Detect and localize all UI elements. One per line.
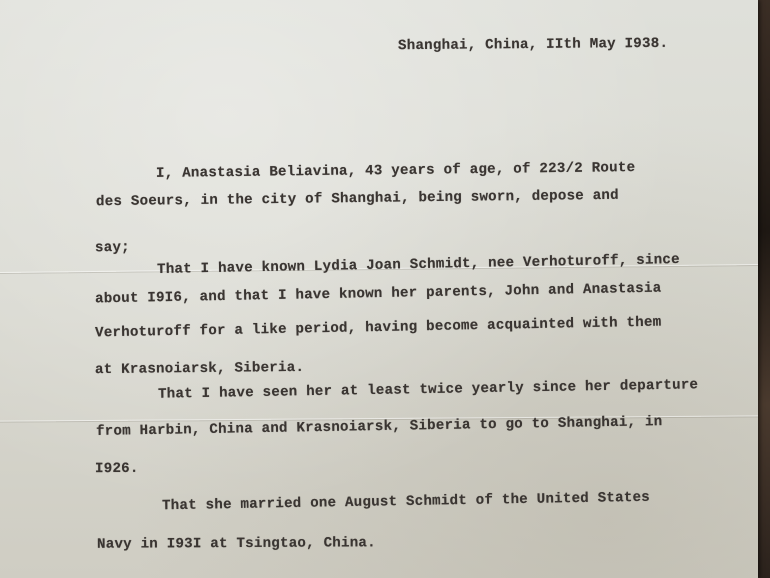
paragraph-2-line-2: about I9I6, and that I have known her pa… <box>95 281 662 308</box>
dateline: Shanghai, China, IIth May I938. <box>398 36 668 54</box>
paragraph-3-line-3: I926. <box>95 461 139 477</box>
paragraph-4-line-1: That she married one August Schmidt of t… <box>162 490 650 515</box>
paragraph-4-line-2: Navy in I93I at Tsingtao, China. <box>97 535 376 552</box>
typewritten-page: Shanghai, China, IIth May I938. I, Anast… <box>0 0 758 578</box>
document-photo: Shanghai, China, IIth May I938. I, Anast… <box>0 0 770 578</box>
paragraph-2-line-3: Verhoturoff for a like period, having be… <box>95 315 662 342</box>
paragraph-1-line-2: des Soeurs, in the city of Shanghai, bei… <box>96 188 619 210</box>
paragraph-1-line-3: say; <box>95 240 130 256</box>
paragraph-1-line-1: I, Anastasia Beliavina, 43 years of age,… <box>156 160 635 182</box>
paragraph-2-line-1: That I have known Lydia Joan Schmidt, ne… <box>157 252 680 278</box>
paragraph-2-line-4: at Krasnoiarsk, Siberia. <box>95 360 304 378</box>
paragraph-3-line-1: That I have seen her at least twice year… <box>158 377 698 402</box>
